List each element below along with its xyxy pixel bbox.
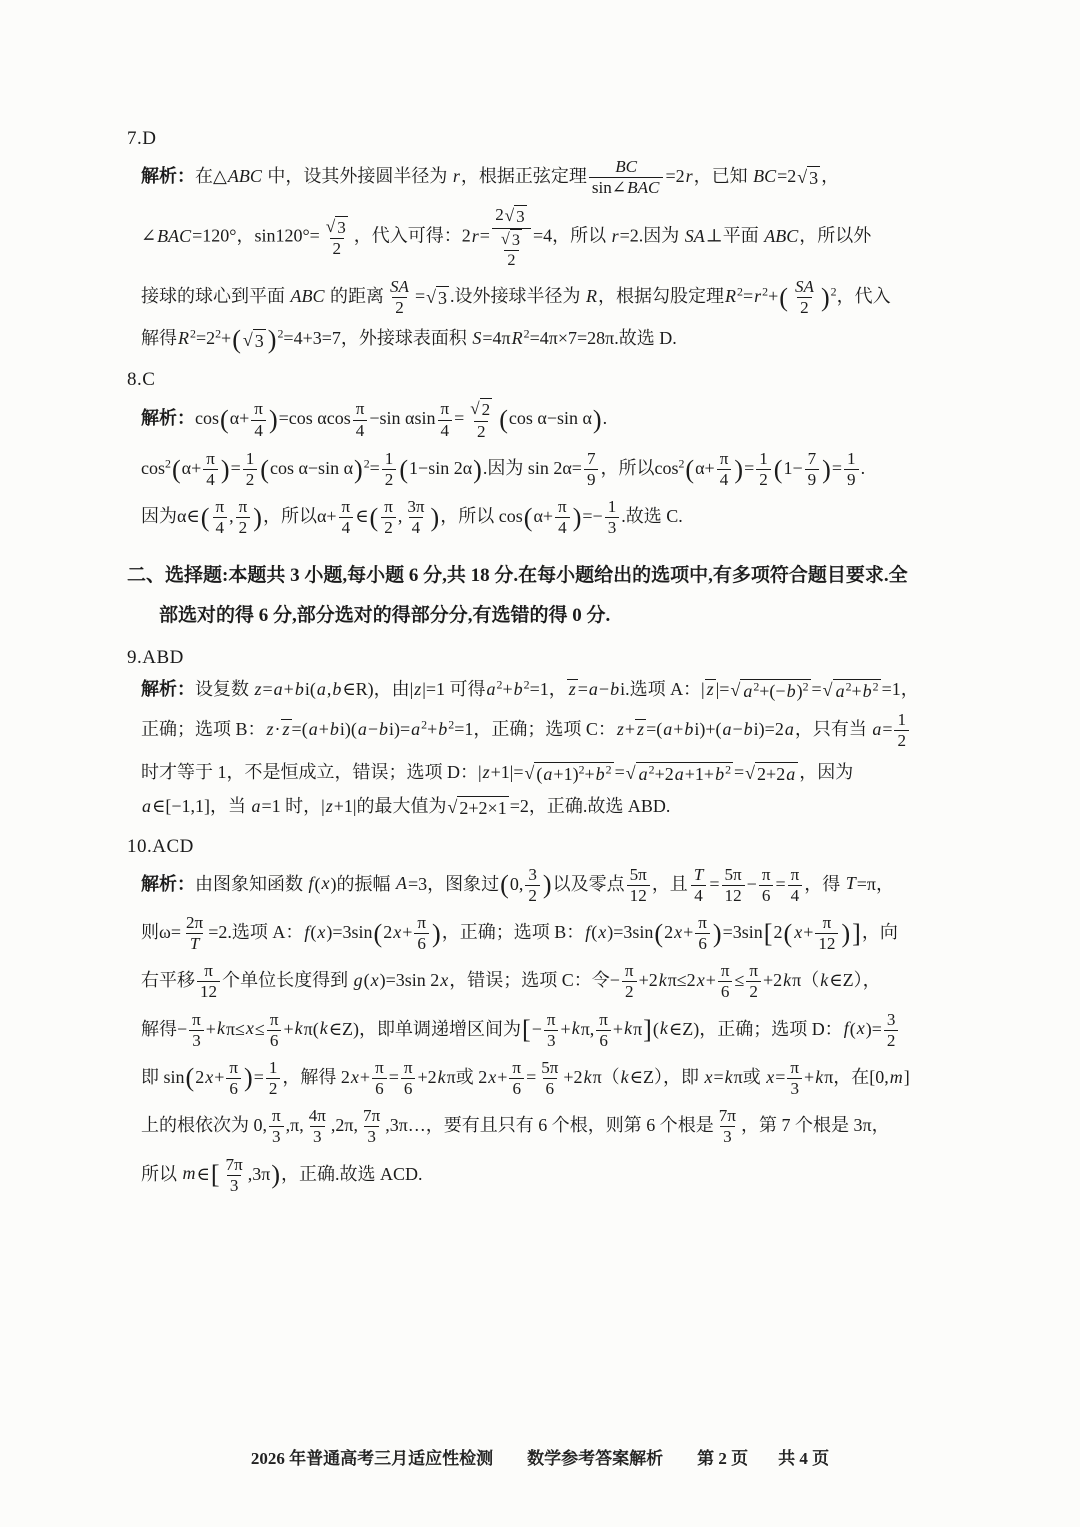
math-text: π — [215, 497, 224, 516]
math-text: + — [706, 970, 716, 990]
fraction-denominator: 9 — [805, 469, 820, 490]
radicand: a2+b2 — [833, 679, 881, 703]
math-text: i( — [305, 679, 316, 699]
math-variable: a — [785, 764, 796, 784]
bold-label: 解析： — [141, 166, 195, 186]
big-delimiter: ( — [782, 919, 793, 948]
fraction-denominator: 2 — [525, 885, 540, 906]
math-variable: a — [542, 764, 553, 784]
math-variable: a — [308, 719, 319, 739]
math-text: 6 — [270, 1031, 279, 1050]
fraction-denominator: 4 — [691, 885, 706, 906]
math-text: 7 — [808, 449, 817, 468]
fraction-numerator: 5π — [538, 1058, 561, 1078]
math-variable: R — [585, 286, 598, 306]
radicand: 2+2×1 — [457, 796, 508, 820]
fraction-numerator: 7 — [584, 449, 599, 469]
math-text: )=3sin — [607, 922, 653, 942]
fraction-numerator: 1 — [243, 449, 258, 469]
fraction-numerator: π — [414, 913, 429, 933]
math-variable: x — [321, 873, 331, 893]
fraction-numerator: π — [622, 961, 637, 981]
math-text: 2 — [383, 922, 392, 942]
big-delimiter: [ — [521, 1015, 532, 1044]
math-text: + — [221, 328, 231, 348]
math-text: +1+ — [685, 764, 714, 784]
math-text: i)=2 — [754, 719, 784, 739]
math-text: ，所以外 — [799, 226, 871, 246]
math-variable: b — [743, 719, 754, 739]
math-text: 个单位长度得到 — [222, 970, 353, 990]
fraction-denominator: 9 — [844, 469, 859, 490]
math-text: |=1 可得 — [422, 679, 485, 699]
math-variable: b — [714, 764, 725, 784]
page-footer: 2026 年普通高考三月适应性检测数学参考答案解析第 2 页共 4 页 — [0, 1444, 1080, 1469]
math-text: π — [356, 399, 365, 418]
fraction-denominator: 2 — [474, 421, 489, 442]
fraction-numerator: π — [381, 497, 396, 517]
math-text: ( — [653, 1018, 659, 1038]
math-text: 3 — [723, 1127, 732, 1146]
math-variable: R — [177, 328, 190, 348]
fraction-numerator: π — [212, 497, 227, 517]
math-text: + — [319, 719, 329, 739]
fraction-denominator: 6 — [718, 981, 733, 1002]
math-text: 由图象知函数 — [195, 873, 308, 893]
fraction-denominator: 2 — [797, 297, 812, 318]
fraction: 4π3 — [306, 1106, 329, 1147]
big-delimiter: ) — [733, 455, 744, 484]
math-text: .设外接球半径为 — [450, 286, 585, 306]
radical-sign: √ — [745, 762, 755, 785]
big-delimiter: ) — [243, 1063, 254, 1092]
math-text: 接球的球心到平面 — [141, 286, 290, 306]
fraction: π6 — [401, 1058, 416, 1099]
math-text: ∈Z）， — [829, 970, 880, 990]
math-variable: b — [294, 679, 305, 699]
math-text: = — [775, 873, 785, 893]
fraction: π2 — [381, 497, 396, 538]
math-text: π — [749, 961, 758, 980]
fraction-denominator: 6 — [695, 933, 710, 954]
math-text: + — [585, 764, 595, 784]
math-text: π — [404, 1058, 413, 1077]
big-delimiter: ( — [498, 405, 509, 434]
fraction-denominator: 4 — [353, 420, 368, 441]
math-text: ,π, — [286, 1115, 304, 1135]
math-variable: S — [471, 328, 482, 348]
fraction-numerator: 7π — [716, 1106, 739, 1126]
math-variable: b — [437, 719, 448, 739]
fraction-denominator: 2 — [266, 1078, 281, 1099]
math-text: π或 — [734, 1067, 766, 1087]
fraction-numerator: π — [189, 1010, 204, 1030]
math-text: α+ — [182, 458, 202, 478]
math-text: 2 — [800, 298, 809, 317]
math-text: 3 — [608, 518, 617, 537]
math-variable: m — [182, 1163, 197, 1183]
math-text: . — [603, 408, 608, 428]
fraction-denominator: 4 — [555, 517, 570, 538]
math-variable: a — [674, 764, 685, 784]
big-delimiter: ) — [430, 503, 441, 532]
fraction-denominator: 4 — [788, 885, 803, 906]
math-text: ,3π…，要有且只有 6 个根，则第 6 个根是 — [385, 1115, 714, 1135]
radical-sign: √ — [626, 762, 636, 785]
solution-line: 右平移π12个单位长度得到 g(x)=3sin 2x，错误；选项 C：令−π2+… — [141, 961, 988, 1002]
radicand: a2+2a+1+b2 — [636, 762, 733, 786]
fraction-numerator: π — [718, 961, 733, 981]
math-variable: b — [513, 679, 524, 699]
math-text: 3 — [887, 1010, 896, 1029]
fraction-numerator: π — [759, 865, 774, 885]
math-text: =( — [292, 719, 308, 739]
math-text: cos α−sin α — [509, 408, 592, 428]
question-number: 9.ABD — [127, 647, 988, 669]
math-variable: k — [620, 1067, 630, 1087]
math-text: =2 — [665, 166, 684, 186]
big-delimiter: ( — [499, 870, 510, 899]
fraction: 12 — [266, 1058, 281, 1099]
math-text: 6 — [417, 934, 426, 953]
math-text: ，错误；选项 C：令− — [449, 970, 620, 990]
math-text: =4π — [482, 328, 510, 348]
math-text: ，代入可得：2 — [354, 226, 471, 246]
math-text: π — [721, 961, 730, 980]
radicand: 3 — [436, 286, 449, 310]
math-text: ，已知 — [694, 166, 753, 186]
fraction-numerator: π — [717, 449, 732, 469]
fraction: π6 — [509, 1058, 524, 1099]
fraction: π2 — [622, 961, 637, 1002]
radical-sign: √ — [823, 679, 833, 702]
math-text: 5π — [724, 865, 741, 884]
math-text: ，向 — [862, 922, 898, 942]
math-text: 9 — [587, 470, 596, 489]
overline-conjugate: z — [635, 719, 646, 739]
fraction: π4 — [251, 399, 266, 440]
math-variable: SA — [389, 277, 410, 296]
math-text: π, — [581, 1018, 595, 1038]
math-text: 9 — [847, 470, 856, 489]
math-text: 上的根依次为 0, — [141, 1115, 267, 1135]
fraction-denominator: 2 — [746, 981, 761, 1002]
math-text: 即 sin — [141, 1067, 185, 1087]
fraction-numerator: 7π — [223, 1155, 246, 1175]
fraction-denominator: 4 — [339, 517, 354, 538]
math-text: cos α−sin α — [270, 458, 353, 478]
fraction: SA2 — [386, 277, 413, 318]
math-variable: b — [331, 679, 342, 699]
math-variable: z — [706, 679, 715, 699]
math-text: +2 — [563, 1067, 582, 1087]
superscript: 2 — [725, 762, 731, 776]
question-block: 8.C解析：cos(α+π4)=cos αcosπ4−sin αsinπ4=√2… — [127, 369, 988, 538]
math-variable: a — [662, 719, 673, 739]
math-variable: T — [189, 934, 201, 953]
big-delimiter: ( — [778, 283, 789, 312]
math-text: 2 — [385, 470, 394, 489]
math-text: + — [214, 1067, 224, 1087]
big-delimiter: ) — [712, 919, 723, 948]
solution-line: cos2(α+π4)=12(cos α−sin α)2=12(1−sin 2α)… — [141, 449, 988, 490]
math-text: π — [791, 865, 800, 884]
math-variable: x — [793, 922, 803, 942]
math-text: + — [427, 719, 437, 739]
math-variable: a — [357, 719, 368, 739]
radical-sign: √ — [470, 398, 479, 419]
math-variable: a — [273, 679, 284, 699]
math-variable: k — [583, 1067, 593, 1087]
fraction-denominator: 6 — [596, 1030, 611, 1051]
fraction-numerator: π — [353, 399, 368, 419]
footer-doc-title: 数学参考答案解析 — [527, 1444, 663, 1469]
math-text: 6 — [404, 1079, 413, 1098]
math-variable: a — [722, 719, 733, 739]
math-variable: x — [696, 970, 706, 990]
big-delimiter: ] — [642, 1015, 653, 1044]
fraction-denominator: 2 — [504, 250, 518, 270]
big-delimiter: ( — [231, 325, 242, 354]
math-variable: x — [765, 1067, 775, 1087]
math-text: =1，正确；选项 C： — [454, 719, 616, 739]
radical-sign: √ — [505, 205, 514, 226]
math-text: 4 — [694, 886, 703, 905]
math-text: =2 — [777, 166, 796, 186]
fraction-numerator: π — [226, 1058, 241, 1078]
math-text: 3π — [407, 497, 424, 516]
math-text: 3 — [192, 1031, 201, 1050]
fraction-denominator: 2 — [236, 517, 251, 538]
math-text: 以及零点 — [553, 873, 625, 893]
math-text: 解得 — [141, 328, 177, 348]
math-text: +2 — [639, 970, 658, 990]
fraction-numerator: π — [788, 865, 803, 885]
math-text: 2 — [897, 731, 906, 750]
math-variable: x — [350, 1067, 360, 1087]
radicand: 3 — [335, 216, 348, 238]
math-text: 2+2×1 — [459, 798, 506, 818]
math-text: 3 — [255, 331, 264, 351]
math-text: +2 — [763, 970, 782, 990]
math-text: π — [229, 1058, 238, 1077]
math-text: 2 — [482, 400, 491, 419]
fraction-denominator: 12 — [197, 981, 220, 1002]
math-text: + — [803, 922, 813, 942]
math-variable: a — [638, 764, 649, 784]
math-text: 右平移 — [141, 970, 195, 990]
math-text: =1， — [530, 679, 567, 699]
math-text: + — [284, 679, 294, 699]
math-variable: a — [316, 679, 327, 699]
solution-line: 解析：设复数 z=a+bi(a,b∈R)，由|z|=1 可得a2+b2=1，z=… — [141, 676, 988, 703]
radical-sign: √ — [326, 216, 335, 237]
math-variable: BC — [614, 157, 638, 176]
radical-sign: √ — [525, 762, 535, 785]
math-text: , — [229, 506, 234, 526]
fraction: 19 — [844, 449, 859, 490]
math-variable: k — [571, 1018, 581, 1038]
math-text: 5π — [630, 865, 647, 884]
math-text: 因为α∈ — [141, 506, 200, 526]
math-text: π — [547, 1010, 556, 1029]
square-root: √3 — [797, 166, 820, 190]
square-root: √3 — [505, 205, 527, 227]
math-variable: z — [254, 679, 263, 699]
math-variable: x — [673, 922, 683, 942]
math-text: =1， — [882, 679, 919, 699]
math-text: 6 — [599, 1031, 608, 1050]
fraction-numerator: SA — [386, 277, 413, 297]
math-text: + — [497, 1067, 507, 1087]
fraction: π4 — [555, 497, 570, 538]
math-variable: x — [392, 922, 402, 942]
math-variable: a — [742, 681, 753, 701]
math-text: π — [270, 1010, 279, 1029]
math-text: 5π — [541, 1058, 558, 1077]
math-text: = — [480, 226, 490, 246]
big-delimiter: ( — [200, 503, 211, 532]
solution-line: 解得R2=22+(√3)2=4+3=7，外接球表面积 S=4πR2=4π×7=2… — [141, 325, 988, 353]
math-variable: x — [856, 1018, 866, 1038]
math-variable: ABC — [763, 226, 799, 246]
fraction: π4 — [788, 865, 803, 906]
fraction-numerator: √2 — [466, 398, 496, 420]
big-delimiter: [ — [210, 1160, 221, 1189]
fraction-denominator: 2 — [382, 469, 397, 490]
fraction-denominator: 6 — [759, 885, 774, 906]
math-text: i)= — [389, 719, 410, 739]
math-text: π — [254, 399, 263, 418]
solution-line: 解析：在△ABC 中，设其外接圆半径为 r，根据正弦定理BCsin∠BAC=2r… — [141, 157, 988, 198]
math-text: +1) — [553, 764, 578, 784]
math-text: α+ — [533, 506, 553, 526]
math-text: 4 — [412, 518, 421, 537]
fraction: 5π6 — [538, 1058, 561, 1099]
math-text: 3 — [313, 1127, 322, 1146]
overline-conjugate: z — [567, 679, 578, 699]
math-text: 6 — [375, 1079, 384, 1098]
big-delimiter: ( — [373, 919, 384, 948]
fraction: π6 — [414, 913, 429, 954]
math-text: 2 — [528, 886, 537, 905]
math-text: = — [415, 286, 425, 306]
fraction: π12 — [197, 961, 220, 1002]
math-text: ,2π, — [331, 1115, 358, 1135]
math-text: ，得 — [804, 873, 845, 893]
fraction-denominator: 6 — [543, 1078, 558, 1099]
fraction-denominator: 6 — [401, 1078, 416, 1099]
question-number: 10.ACD — [127, 836, 988, 858]
fraction-denominator: 3 — [269, 1126, 284, 1147]
fraction-numerator: √3 — [322, 216, 352, 238]
math-text: π（ — [593, 1067, 620, 1087]
math-text: ≤ — [734, 970, 744, 990]
fraction-numerator: π — [339, 497, 354, 517]
fraction: 5π12 — [627, 865, 650, 906]
big-delimiter: ) — [270, 1160, 281, 1189]
math-text: ∈ — [355, 506, 368, 526]
big-delimiter: ) — [472, 455, 483, 484]
solution-line: 时才等于 1，不是恒成立，错误；选项 D：|z+1|=√(a+1)2+b2=√a… — [141, 759, 988, 786]
math-text: =cos αcos — [279, 408, 351, 428]
math-text: −sin αsin — [369, 408, 435, 428]
math-text: 4 — [216, 518, 225, 537]
math-text: π — [762, 865, 771, 884]
solution-line: 上的根依次为 0,π3,π,4π3,2π,7π3,3π…，要有且只有 6 个根，… — [141, 1106, 988, 1147]
section-header: 二、选择题:本题共 3 小题,每小题 6 分,共 18 分.在每小题给出的选项中… — [127, 561, 988, 632]
math-variable: a — [784, 719, 795, 739]
math-text: + — [206, 1018, 216, 1038]
math-text: = — [775, 1067, 785, 1087]
fraction-numerator: π — [267, 1010, 282, 1030]
math-text: )的振幅 — [331, 873, 396, 893]
math-variable: k — [658, 970, 668, 990]
bold-label: 解析： — [141, 679, 195, 699]
footer-page-number: 第 2 页 — [697, 1444, 748, 1469]
math-text: 7π — [363, 1106, 380, 1125]
math-text: ，所以α+ — [263, 506, 337, 526]
math-text: ，解得 2 — [282, 1067, 350, 1087]
math-text: π — [720, 449, 729, 468]
math-text: . — [861, 458, 866, 478]
solution-line: ∠BAC=120°，sin120°=√32，代入可得：2r=2√3√32=4，所… — [141, 205, 988, 270]
fraction: π3 — [544, 1010, 559, 1051]
fraction: 32 — [525, 865, 540, 906]
fraction: π2 — [236, 497, 251, 538]
fraction-denominator: 4 — [717, 469, 732, 490]
math-text: =( — [646, 719, 662, 739]
fraction-numerator: BC — [611, 157, 641, 177]
math-text: 4π — [309, 1106, 326, 1125]
math-text: = — [370, 458, 380, 478]
math-text: =− — [582, 506, 602, 526]
fraction-denominator: 6 — [372, 1078, 387, 1099]
math-text: +(− — [759, 681, 785, 701]
solution-line: a∈[−1,1]，当 a=1 时，|z+1|的最大值为√2+2×1=2，正确.故… — [141, 793, 988, 820]
fraction-numerator: π — [596, 1010, 611, 1030]
fraction-denominator: 4 — [251, 420, 266, 441]
fraction-denominator: 4 — [438, 420, 453, 441]
big-delimiter: ( — [259, 455, 270, 484]
fraction-numerator: √3 — [497, 229, 526, 250]
fraction-numerator: π — [251, 399, 266, 419]
math-variable: k — [819, 970, 829, 990]
math-text: 2 — [495, 205, 504, 224]
math-text: 1 — [847, 449, 856, 468]
math-variable: z — [413, 679, 422, 699]
fraction: π4 — [339, 497, 354, 538]
fraction-numerator: π — [820, 913, 835, 933]
big-delimiter: ) — [572, 503, 583, 532]
fraction: π4 — [717, 449, 732, 490]
math-text: =1 时，| — [261, 796, 324, 816]
math-text: = — [231, 458, 241, 478]
math-text: π — [342, 497, 351, 516]
math-text: π — [790, 1058, 799, 1077]
fraction: π6 — [596, 1010, 611, 1051]
math-text: ( — [850, 1018, 856, 1038]
big-delimiter: ( — [398, 455, 409, 484]
superscript: 2 — [873, 680, 879, 694]
math-text: = — [743, 286, 753, 306]
fraction: π6 — [226, 1058, 241, 1099]
fraction: 12 — [243, 449, 258, 490]
solution-line: 因为α∈(π4,π2)，所以α+π4∈(π2,3π4)，所以 cos(α+π4)… — [141, 497, 988, 538]
superscript: 2 — [803, 680, 809, 694]
fraction-denominator: 9 — [584, 469, 599, 490]
solution-line: 所以 m∈[7π3,3π)，正确.故选 ACD. — [141, 1155, 988, 1196]
